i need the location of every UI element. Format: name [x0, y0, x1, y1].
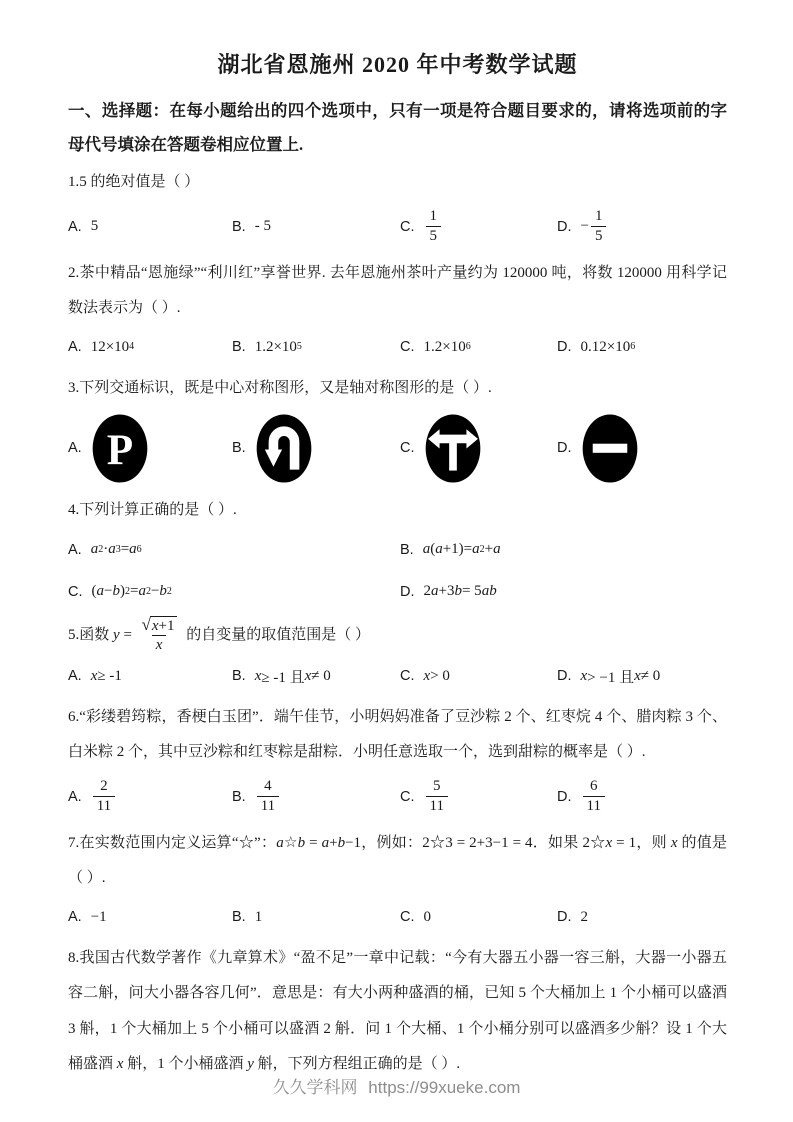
- svg-text:P: P: [107, 427, 133, 474]
- option-5a: A.x ≥ -1: [68, 668, 232, 685]
- option-label: C.: [68, 584, 83, 600]
- t-junction-sign-icon: [424, 413, 482, 484]
- option-value: 2: [581, 909, 589, 926]
- option-value: 211: [91, 777, 117, 816]
- question-1: 1.5 的绝对值是（ ） A.5 B.- 5 C.15 D.−15: [68, 165, 727, 252]
- question-6-options: A.211 B.411 C.511 D.611: [68, 771, 727, 823]
- exam-paper-page: 湖北省恩施州 2020 年中考数学试题 一、选择题：在每小题给出的四个选项中，只…: [0, 0, 793, 1122]
- option-value: −1: [91, 909, 107, 926]
- option-label: C.: [400, 219, 415, 235]
- option-label: A.: [68, 668, 82, 684]
- option-label: B.: [232, 339, 246, 355]
- question-1-options: A.5 B.- 5 C.15 D.−15: [68, 201, 727, 253]
- option-6b: B.411: [232, 777, 400, 816]
- option-4a: A.a2·a3 = a6: [68, 541, 400, 558]
- footer-watermark: 久久学科网 https://99xueke.com: [0, 1073, 793, 1098]
- option-label: B.: [232, 440, 246, 456]
- option-label: B.: [232, 668, 246, 684]
- option-1c: C.15: [400, 207, 557, 246]
- question-2-options: A.12×104 B.1.2×105 C.1.2×106 D.0.12×106: [68, 326, 727, 368]
- question-4-options-row-1: A.a2·a3 = a6 B.a(a+1) = a2+a: [68, 529, 727, 571]
- option-label: D.: [400, 584, 415, 600]
- question-3-text: 3.下列交通标识，既是中心对称图形，又是轴对称图形的是（ ）.: [68, 371, 727, 406]
- option-2b: B.1.2×105: [232, 339, 400, 356]
- question-6: 6.“彩缕碧筠粽，香梗白玉团”．端午佳节，小明妈妈准备了豆沙粽 2 个、红枣烷 …: [68, 700, 727, 823]
- option-7d: D.2: [557, 909, 727, 926]
- option-value: x > −1 且 x ≠ 0: [581, 666, 661, 687]
- option-value: −15: [581, 207, 609, 246]
- question-5-text: 5.函数 y = √x+1x 的自变量的取值范围是（ ）: [68, 616, 727, 656]
- option-label: B.: [400, 542, 414, 558]
- option-value: 411: [255, 777, 281, 816]
- option-1b: B.- 5: [232, 218, 400, 235]
- question-2: 2.茶中精品“恩施绿”“利川红”享誉世界. 去年恩施州茶叶产量约为 120000…: [68, 256, 727, 369]
- option-value: 1.2×105: [255, 339, 302, 356]
- option-value: 611: [581, 777, 607, 816]
- question-5-options: A.x ≥ -1 B.x ≥ -1 且 x ≠ 0 C.x > 0 D.x > …: [68, 655, 727, 697]
- option-value: x ≥ -1: [91, 668, 122, 685]
- no-entry-sign-icon: [581, 413, 639, 484]
- option-2d: D.0.12×106: [557, 339, 727, 356]
- option-value: a2·a3 = a6: [91, 541, 142, 558]
- option-label: D.: [557, 668, 572, 684]
- section-heading: 一、选择题：在每小题给出的四个选项中，只有一项是符合题目要求的，请将选项前的字母…: [68, 94, 727, 162]
- question-5: 5.函数 y = √x+1x 的自变量的取值范围是（ ） A.x ≥ -1 B.…: [68, 616, 727, 698]
- option-label: A.: [68, 542, 82, 558]
- option-5c: C.x > 0: [400, 668, 557, 685]
- u-turn-sign-icon: [255, 413, 313, 484]
- option-label: C.: [400, 668, 415, 684]
- option-label: D.: [557, 219, 572, 235]
- option-2a: A.12×104: [68, 339, 232, 356]
- option-label: D.: [557, 909, 572, 925]
- page-title: 湖北省恩施州 2020 年中考数学试题: [68, 50, 727, 80]
- option-value: (a−b)2 = a2−b2: [92, 583, 172, 600]
- option-value: x > 0: [424, 668, 450, 685]
- question-4-text: 4.下列计算正确的是（ ）.: [68, 493, 727, 528]
- question-7: 7.在实数范围内定义运算“☆”：a☆b = a+b−1，例如：2☆3 = 2+3…: [68, 826, 727, 939]
- option-value: 1.2×106: [424, 339, 471, 356]
- question-8-text: 8.我国古代数学著作《九章算术》“盈不足”一章中记载：“今有大器五小器一容三斛，…: [68, 941, 727, 1082]
- option-3c: C.: [400, 413, 557, 484]
- option-label: A.: [68, 339, 82, 355]
- option-7b: B.1: [232, 909, 400, 926]
- option-value: 511: [424, 777, 450, 816]
- question-8: 8.我国古代数学著作《九章算术》“盈不足”一章中记载：“今有大器五小器一容三斛，…: [68, 941, 727, 1082]
- option-1a: A.5: [68, 218, 232, 235]
- option-label: A.: [68, 440, 82, 456]
- option-value: 0.12×106: [581, 339, 636, 356]
- option-value: 12×104: [91, 339, 134, 356]
- question-7-text: 7.在实数范围内定义运算“☆”：a☆b = a+b−1，例如：2☆3 = 2+3…: [68, 826, 727, 897]
- option-label: C.: [400, 789, 415, 805]
- option-6d: D.611: [557, 777, 727, 816]
- option-label: D.: [557, 339, 572, 355]
- question-4: 4.下列计算正确的是（ ）. A.a2·a3 = a6 B.a(a+1) = a…: [68, 493, 727, 612]
- parking-sign-icon: P: [91, 413, 149, 484]
- option-value: a(a+1) = a2+a: [423, 541, 501, 558]
- question-4-options-row-2: C.(a−b)2 = a2−b2 D.2a+3b = 5ab: [68, 571, 727, 613]
- option-value: 0: [424, 909, 432, 926]
- option-label: C.: [400, 440, 415, 456]
- option-5b: B.x ≥ -1 且 x ≠ 0: [232, 666, 400, 687]
- option-value: 2a+3b = 5ab: [424, 583, 497, 600]
- option-value: x ≥ -1 且 x ≠ 0: [255, 666, 331, 687]
- option-value: - 5: [255, 218, 271, 235]
- option-3a: A. P: [68, 413, 232, 484]
- question-3-options: A. P B. C.: [68, 406, 727, 490]
- question-6-text: 6.“彩缕碧筠粽，香梗白玉团”．端午佳节，小明妈妈准备了豆沙粽 2 个、红枣烷 …: [68, 700, 727, 771]
- option-label: A.: [68, 219, 82, 235]
- option-7a: A.−1: [68, 909, 232, 926]
- footer-site-url[interactable]: https://99xueke.com: [368, 1078, 520, 1097]
- option-label: B.: [232, 909, 246, 925]
- option-label: A.: [68, 789, 82, 805]
- question-7-options: A.−1 B.1 C.0 D.2: [68, 896, 727, 938]
- option-label: A.: [68, 909, 82, 925]
- option-4d: D.2a+3b = 5ab: [400, 583, 727, 600]
- option-4b: B.a(a+1) = a2+a: [400, 541, 727, 558]
- option-6a: A.211: [68, 777, 232, 816]
- option-1d: D.−15: [557, 207, 727, 246]
- option-value: 5: [91, 218, 99, 235]
- option-value: 1: [255, 909, 263, 926]
- option-2c: C.1.2×106: [400, 339, 557, 356]
- option-3d: D.: [557, 413, 727, 484]
- option-label: D.: [557, 789, 572, 805]
- option-label: D.: [557, 440, 572, 456]
- option-label: C.: [400, 339, 415, 355]
- option-4c: C.(a−b)2 = a2−b2: [68, 583, 400, 600]
- option-7c: C.0: [400, 909, 557, 926]
- option-3b: B.: [232, 413, 400, 484]
- option-6c: C.511: [400, 777, 557, 816]
- option-label: C.: [400, 909, 415, 925]
- question-1-text: 1.5 的绝对值是（ ）: [68, 165, 727, 200]
- question-2-text: 2.茶中精品“恩施绿”“利川红”享誉世界. 去年恩施州茶叶产量约为 120000…: [68, 256, 727, 327]
- option-label: B.: [232, 789, 246, 805]
- option-label: B.: [232, 219, 246, 235]
- option-5d: D.x > −1 且 x ≠ 0: [557, 666, 727, 687]
- footer-site-name: 久久学科网: [273, 1078, 358, 1097]
- option-value: 15: [424, 207, 444, 246]
- question-3: 3.下列交通标识，既是中心对称图形，又是轴对称图形的是（ ）. A. P B. …: [68, 371, 727, 490]
